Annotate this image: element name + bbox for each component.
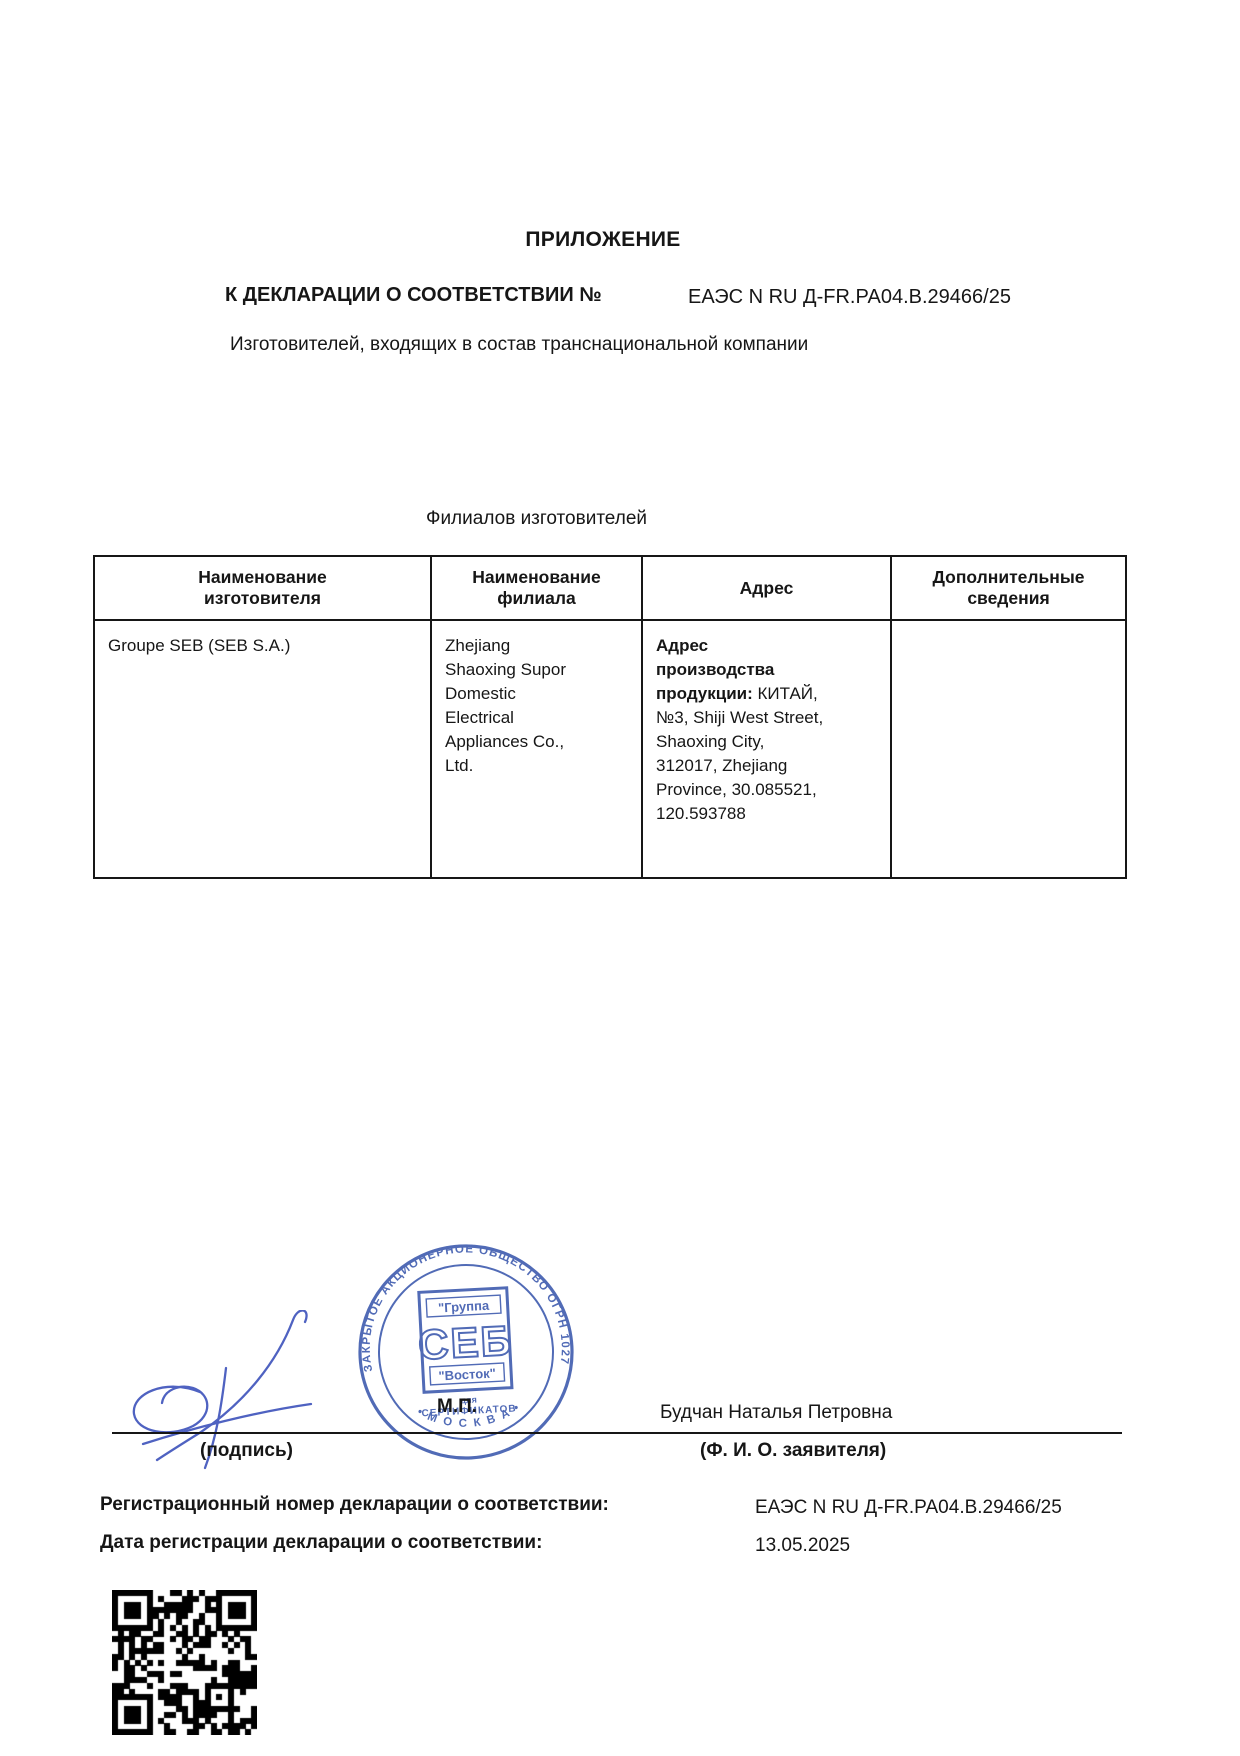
header-manufacturer: Наименованиеизготовителя [94,556,431,620]
page-title: ПРИЛОЖЕНИЕ [0,228,1206,252]
stamp-place-mark: М.П. [437,1396,477,1418]
address-mixed-line: продукции: КИТАЙ, [656,682,878,706]
declaration-number: ЕАЭС N RU Д-FR.РА04.В.29466/25 [688,286,1011,309]
address-bold-line-2: производства [656,658,878,682]
cell-manufacturer: Groupe SEB (SEB S.A.) [94,620,431,878]
registration-number-value: ЕАЭС N RU Д-FR.РА04.В.29466/25 [755,1497,1062,1519]
address-bold-line-1: Адрес [656,634,878,658]
header-address: Адрес [642,556,891,620]
cell-additional [891,620,1126,878]
name-caption: (Ф. И. О. заявителя) [700,1440,886,1462]
qr-code [112,1590,257,1735]
declaration-label: К ДЕКЛАРАЦИИ О СООТВЕТСТВИИ № [225,284,602,307]
cell-branch: ZhejiangShaoxing SuporDomesticElectrical… [431,620,642,878]
table-row: Groupe SEB (SEB S.A.) ZhejiangShaoxing S… [94,620,1126,878]
address-lines: №3, Shiji West Street,Shaoxing City,3120… [656,706,878,826]
declaration-annex-page: ПРИЛОЖЕНИЕ К ДЕКЛАРАЦИИ О СООТВЕТСТВИИ №… [0,0,1240,1756]
subtitle: Изготовителей, входящих в состав трансна… [230,334,808,356]
branches-table: Наименованиеизготовителя Наименованиефил… [93,555,1127,879]
signature-caption: (подпись) [200,1440,293,1462]
stamp-logo-group: "Группа [438,1298,490,1316]
stamp-logo-vostok: "Восток" [438,1365,496,1383]
stamp-logo-seb: СЕБ [417,1317,514,1369]
registration-date-label: Дата регистрации декларации о соответств… [100,1532,542,1554]
registration-number-label: Регистрационный номер декларации о соотв… [100,1494,609,1516]
table-caption: Филиалов изготовителей [426,508,647,530]
registration-date-value: 13.05.2025 [755,1535,850,1557]
signature-line [112,1432,1122,1434]
header-branch: Наименованиефилиала [431,556,642,620]
table-header-row: Наименованиеизготовителя Наименованиефил… [94,556,1126,620]
header-additional: Дополнительныесведения [891,556,1126,620]
cell-address: Адрес производства продукции: КИТАЙ, №3,… [642,620,891,878]
applicant-name: Будчан Наталья Петровна [660,1402,892,1424]
branches-table-container: Наименованиеизготовителя Наименованиефил… [93,555,1127,879]
